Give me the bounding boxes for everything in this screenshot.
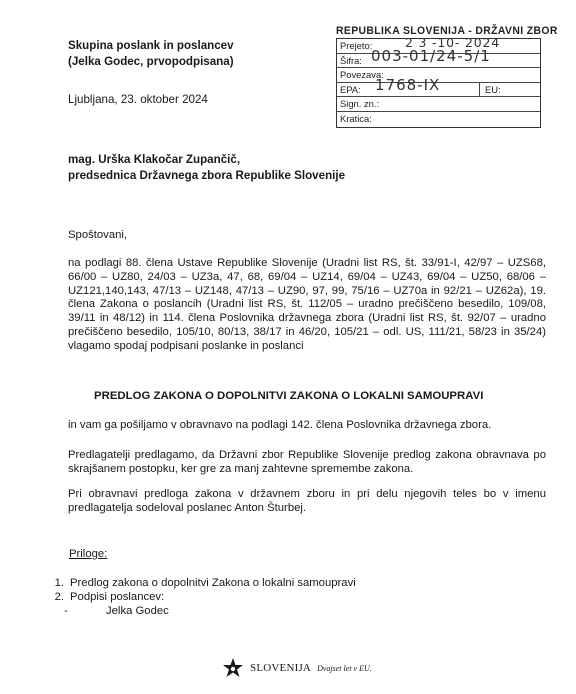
stamp-row-sign: Sign. zn.:: [337, 97, 540, 112]
law-proposal-title: PREDLOG ZAKONA O DOPOLNITVI ZAKONA O LOK…: [94, 390, 483, 402]
legal-basis-paragraph: na podlagi 88. člena Ustave Republike Sl…: [68, 257, 546, 354]
recipient-block: mag. Urška Klakočar Zupančič, predsednic…: [68, 152, 345, 184]
stamp-row-epa: EPA: 1768-IX EU:: [337, 83, 540, 98]
attachment-number: 2.: [50, 591, 70, 605]
procedure-paragraph: Predlagatelji predlagamo, da Državni zbo…: [68, 449, 546, 477]
star-icon: [222, 657, 244, 679]
stamp-row-kratica: Kratica:: [337, 112, 540, 127]
stamp-label-sifra: Šifra:: [340, 55, 362, 66]
stamp-row-sifra: Šifra: 003-01/24-5/1: [337, 54, 540, 69]
receipt-stamp: REPUBLIKA SLOVENIJA - DRŽAVNI ZBOR Preje…: [336, 25, 542, 128]
stamp-label-sign: Sign. zn.:: [340, 98, 379, 109]
attachments-list: 1. Predlog zakona o dopolnitvi Zakona o …: [50, 577, 356, 618]
signatory-name: Jelka Godec: [106, 605, 169, 619]
attachment-text: Podpisi poslancev:: [70, 591, 164, 605]
sender-block: Skupina poslank in poslancev (Jelka Gode…: [68, 38, 234, 70]
stamp-value-sifra: 003-01/24-5/1: [371, 49, 491, 63]
attachment-item: 1. Predlog zakona o dopolnitvi Zakona o …: [50, 577, 356, 591]
attachments-heading: Priloge:: [69, 548, 107, 560]
sender-line-1: Skupina poslank in poslancev: [68, 38, 234, 54]
footer-slogan: Dvajset let v EU.: [317, 664, 372, 673]
recipient-line-1: mag. Urška Klakočar Zupančič,: [68, 152, 345, 168]
stamp-label-eu: EU:: [479, 83, 501, 97]
signatory-item: - Jelka Godec: [50, 605, 356, 619]
stamp-label-kratica: Kratica:: [340, 113, 372, 124]
attachment-number: 1.: [50, 577, 70, 591]
signatory-bullet: -: [64, 605, 106, 619]
stamp-label-epa: EPA:: [340, 84, 361, 95]
place-date: Ljubljana, 23. oktober 2024: [68, 93, 208, 106]
submission-paragraph: in vam ga pošiljamo v obravnavo na podla…: [68, 419, 546, 433]
footer-logo: SLOVENIJA Dvajset let v EU.: [222, 657, 372, 679]
representative-paragraph: Pri obravnavi predloga zakona v državnem…: [68, 488, 546, 516]
recipient-line-2: predsednica Državnega zbora Republike Sl…: [68, 168, 345, 184]
stamp-label-prejeto: Prejeto:: [340, 40, 372, 51]
greeting: Spoštovani,: [68, 229, 127, 241]
stamp-box: Prejeto: 2 3 -10- 2024 Šifra: 003-01/24-…: [336, 38, 541, 128]
attachment-text: Predlog zakona o dopolnitvi Zakona o lok…: [70, 577, 356, 591]
footer-brand: SLOVENIJA: [250, 662, 311, 674]
attachment-item: 2. Podpisi poslancev:: [50, 591, 356, 605]
sender-line-2: (Jelka Godec, prvopodpisana): [68, 54, 234, 70]
stamp-value-epa: 1768-IX: [375, 78, 440, 92]
